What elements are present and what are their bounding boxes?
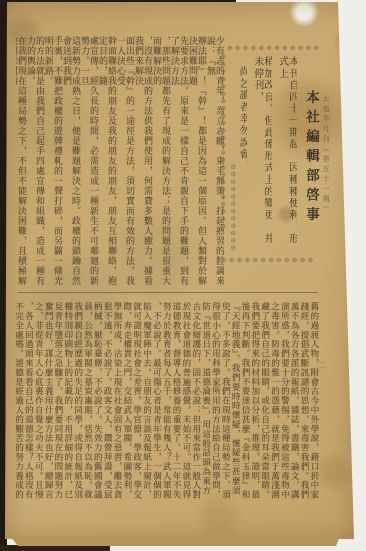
text-column: 後再下判斷。我們不要迷信甚麼『金科玉律』和 (241, 302, 250, 530)
text-column: 處宣傳，經久長的時間，必需造成一種新生不可鄰廻的新勢力。一旦 (80, 36, 98, 290)
announcement-content: 本社編輯部啓事 本刊自四十一期起，因種種便利，形式上 稍加改良。但此係形式上的變… (237, 56, 321, 256)
text-column: 員，公然為軍閥之墓炭惠賬，恬然不以為恥。就 (84, 302, 93, 530)
text-column: 學無所成，沾染上現在社會固有之惡習，離去貪 (113, 302, 122, 530)
text-column: 陷入魔軍陣中去。自朋友的言談及報紙上窺計， (143, 302, 152, 530)
text-column: 演所惑，我們要十分的警惕，免得被這些毒物中 (281, 302, 290, 530)
text-column: 道德教育，督導人格修養的重要了。十二年不失 (173, 302, 182, 530)
text-column: 之毒害。防毒的惟一的憑藉，就是我們于萬淺測 (271, 302, 280, 530)
text-column: ，那些問題都先有了現成的解決方法；是的問題是很重大而難解決的 (152, 36, 170, 290)
text-column: 舊的過渡人物，附會古今中外學說，藉口折中家 (310, 302, 319, 530)
text-column: ，不必說了。最可傷心者是青年學生，一個個的 (153, 302, 162, 530)
text-column: 我們親自經歷過的失足的同學，或得自報紙及別 (74, 302, 83, 530)
text-column: 努力於教育者每人五千，常能有幾人？武人軍閥 (163, 302, 172, 530)
text-column: 這新勢力成熟之日，便是難題解決之時。政權的鎖鑰自然會送到我們 (62, 36, 80, 290)
section-divider-rule (18, 292, 318, 293)
text-column: 手裏，不難把政權的遊牌禮軋的一聲打碎，而另闢一條光明的新路。 (44, 36, 62, 290)
announcement-title: 本社編輯部啓事 (301, 56, 321, 256)
announcement-border-bottom: ⊕⊕⊕⊕⊕⊕⊕⊕⊕⊕⊕⊕ (221, 256, 321, 264)
text-column: 『天經地義』。我們要時時懷疑，懷疑些甚麼須 (232, 302, 241, 530)
text-column: 得很小心的用科學家所用的方法給自己做學問， (212, 302, 221, 530)
text-column: 萬不為各方各派的報紙，雜誌，書籍，論文，講 (291, 302, 300, 530)
text-column: 在我們現在這種局勢之下，不但不能解決困難，且積極解決困難關頗 (16, 36, 26, 290)
journal-margin-caption: 大道半月刊（第五十一期） (321, 95, 331, 245)
text-column: 的方法就是由我們自己起手四處宣傳和組織，造成一種有力的輿論。 (26, 36, 44, 290)
journal-title: 大道半月刊 (322, 95, 330, 145)
text-column: 之，非從青年人心底裏作自覺之功夫不可。且慢 (35, 302, 44, 530)
text-column: 古文化辯護的，固不必說；但用來當作一般人對 (192, 302, 201, 530)
text-column: 奮鬥也好，謀什麼主義用什麼方法也好，總歸言 (45, 302, 54, 530)
article-lower-band: 舊的過渡人物，附會古今中外學說，藉口折中家踐經，提倡武斷訊謎的思想，來毒害我們。… (15, 302, 319, 530)
text-column: 際，奔走權貴之門，交結武人軍閥，希圖勢利， (123, 302, 132, 530)
text-column: 辦法耶』！『幹』！都是因為這一個原因。但人類對於解決困難問題 (188, 36, 206, 290)
text-column: 先要求方法。原來是一樣自己不肯親自下手的難題，到有了解決方法 (170, 36, 188, 290)
text-column: 柄械，厭恥臺廗，不必說了。失效力的舊國會議 (94, 302, 103, 530)
announcement-line: 本刊自四十一期起，因種種便利，形式上 (276, 56, 296, 256)
text-column: ，沒有現成的方法供我們使用，何需費多數人癒力。據看我們來解決 (134, 36, 152, 290)
announcement-border-left: ⊕⊕⊕⊕⊕⊕⊕⊕⊕⊕⊕⊕⊕⊕⊕⊕⊕⊕⊕⊕⊕⊕⊕⊕ (219, 54, 227, 264)
article-upper-band: 少有志的青年，為立志願，束手無策，打起熟習的腔調來說：『無辦法耶』！『幹』！都是… (16, 36, 224, 290)
scanned-page: 少有志的青年，為立志願，束手無策，打起熟習的腔調來說：『無辦法耶』！『幹』！都是… (0, 0, 366, 551)
announcement-border-left-inner: ⊕⊕⊕⊕⊕⊕⊕⊕⊕⊕⊕⊕ (229, 164, 237, 264)
text-column: 狠不遠，不必說了。政客文人，鑽營拜壽，受屈 (104, 302, 113, 530)
paper-underlay-edge (10, 536, 340, 546)
text-column: 踐經，提倡武斷訊謎的思想，來毒害我們。我們 (300, 302, 309, 530)
text-column: ，各人回過頭來看看自己的道德怎樣？人格沒有 (25, 302, 34, 530)
text-column: 不完全處嗎。道德是經過人的艱苦的努力養成的 (15, 302, 24, 530)
text-column: 我們要把得來的材料加以分析，推理，證明，最 (251, 302, 260, 530)
announcement-box: ⊕⊕⊕⊕⊕⊕⊕⊕⊕⊕⊕⊕ ⊕⊕⊕⊕⊕⊕⊕⊕⊕⊕⊕⊕⊕⊕⊕⊕⊕⊕⊕⊕⊕⊕⊕⊕ ⊕⊕… (221, 44, 321, 266)
issue-number: （第五十一期） (322, 145, 330, 215)
text-column: 幹面聯絡我的朋友及我的朋友的朋友，朋友互相聯絡，抱定目的，隨 (98, 36, 116, 290)
announcement-line: 稍加改良。但此係形式上的變更，并未停刊， (252, 56, 272, 256)
announcement-line: 尚乞讀者幸勿誤會！ (237, 56, 247, 266)
text-column: 就可證明現社會之差齊。學官僚，學政客，學交 (133, 302, 142, 530)
text-column: 種特別印刷物上的記載的，不用詳細的統計，已 (64, 302, 73, 530)
text-column: 於現社會道德的普遍感覺，未始不可。這就見得 (182, 302, 191, 530)
text-column: 藏了我們自己的眼睛，或化自己的耳朵當眼睛。 (261, 302, 270, 530)
text-column: 面出些『幹』的一途徑是方法，須切實而有效的方法。我一人決心受 (116, 36, 134, 290)
text-column: 臾了，不多說了。我們在現時這種局勢之下，須 (222, 302, 231, 530)
text-column: 防『世道日下，道德淪喪』，用這般話頭為東方 (202, 302, 211, 530)
announcement-border-top: ⊕⊕⊕⊕⊕⊕⊕⊕⊕⊕⊕⊕ (227, 44, 321, 52)
text-column: 見青年墮落之急驟了。我們要同現在的問題努力 (54, 302, 63, 530)
